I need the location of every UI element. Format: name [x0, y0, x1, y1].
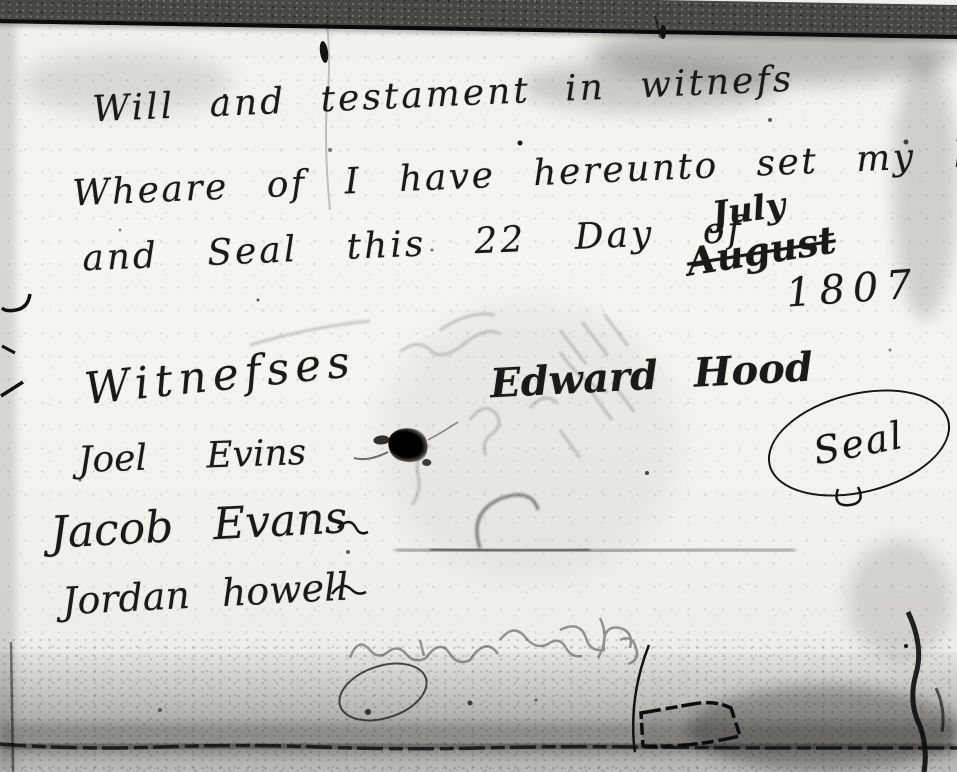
tear-marks [11, 612, 943, 772]
witness-signature-2: Jacob Evans [49, 492, 349, 558]
top-edge-scan-band [0, 0, 957, 39]
bottom-grain-speckle [0, 636, 957, 772]
seal-label: Seal [810, 413, 908, 474]
ink-blot [384, 424, 431, 467]
seal-flourish: Seal [757, 372, 957, 514]
handwriting-line-2: Wheare of I have hereunto set my hand [72, 131, 957, 215]
paper-stain-right-mid [848, 540, 952, 660]
margin-pen-strokes [1, 294, 30, 396]
paper-stain-under-crease [0, 724, 957, 756]
handwriting-line-3: and Seal this 22 Day of [81, 210, 744, 280]
bleedthrough-bottom-writing [350, 618, 637, 664]
mirror-oval [332, 653, 434, 730]
paper-stain-left-strip [0, 0, 16, 772]
paper-stain-bottom-right [688, 686, 957, 772]
year-1807: 1807 [785, 261, 922, 316]
mirror-oval-dot [365, 709, 371, 715]
paper-stain-bottom-band [0, 652, 957, 772]
bleedthrough-dark-loop [477, 495, 538, 548]
scanned-document-page: Will and testament in witnefs Wheare of … [0, 0, 957, 772]
witness-signature-1: Joel Evins [77, 432, 306, 481]
witnesses-heading: Witnefses [82, 336, 358, 415]
smudge-streak [395, 549, 795, 552]
handwriting-line-1: Will and testament in witnefs [91, 59, 795, 131]
witness-signature-3: Jordan howell [61, 565, 349, 624]
fold-crease-bottom [0, 744, 957, 749]
testator-signature: Edward Hood [489, 344, 814, 408]
